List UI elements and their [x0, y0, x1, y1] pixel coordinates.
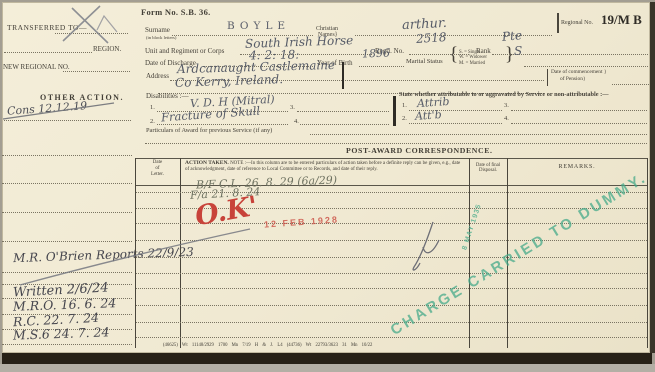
attributable-divider [393, 96, 396, 126]
attrib-3-line [511, 110, 647, 111]
region-label: REGION. [93, 46, 121, 53]
table-row-line [136, 257, 647, 258]
marital-status-line [524, 66, 648, 67]
disability-4-number: 4. [294, 119, 299, 126]
column-header-remarks: REMARKS. [507, 164, 647, 170]
post-award-title: POST-AWARD CORRESPONDENCE. [346, 147, 493, 155]
surname-sub-label: (in block letters) [146, 36, 176, 41]
address-value-2: Co Kerry, Ireland. [175, 73, 283, 89]
disability-2-number: 2. [150, 119, 155, 126]
scanned-pension-record-card: Form No. S.B. 36. Regional No. 19/M B TR… [0, 0, 655, 372]
table-row-line [136, 305, 647, 306]
column-header-date-of-letter: Date of Letter. [136, 160, 179, 178]
marital-option-single: S. = Single [459, 50, 480, 55]
card-bottom-shadow [2, 353, 652, 364]
disability-2-line [157, 124, 288, 125]
surname-value: BOYLE [227, 21, 290, 32]
unit-label: Unit and Regiment or Corps [145, 48, 224, 55]
attrib-1-number: 1. [402, 103, 407, 110]
form-number: Form No. S.B. 36. [141, 8, 211, 17]
transferred-to-label: TRANSFERRED TO— [7, 24, 87, 32]
regional-no-value: 19/M B [601, 13, 642, 27]
table-col-divider [469, 158, 470, 348]
year-of-birth-line [359, 66, 404, 67]
marital-option-widower: W. = Widower [459, 55, 487, 60]
table-top-border [135, 158, 648, 159]
table-right-border [647, 158, 648, 348]
rank-value: Pte [502, 29, 523, 43]
action-taken-title: ACTION TAKEN. [185, 160, 229, 166]
disabilities-label: Disabilities :— [146, 93, 189, 100]
region-line [4, 52, 92, 53]
marital-option-married: M. = Married [459, 61, 485, 66]
christian-names-line [355, 35, 552, 36]
disability-3-line [297, 111, 389, 112]
ink-tick-mark [342, 62, 344, 89]
column-header-action-taken: ACTION TAKEN. NOTE :—In this column are … [185, 161, 463, 173]
attrib-4-line [511, 123, 647, 124]
margin-ruled-line [2, 272, 132, 273]
full-width-line [145, 143, 647, 144]
particulars-label: Particulars of Award for previous Servic… [146, 128, 272, 135]
printer-imprint-line: (46625) Wt 11148/2929 1700 Mn 7/19 H & J… [163, 344, 372, 349]
attrib-2-value: Att'b [415, 109, 442, 122]
new-regional-no-line [63, 71, 130, 72]
table-left-border [135, 158, 136, 348]
attrib-2-number: 2. [402, 116, 407, 123]
handwritten-note: M.S.6 24. 7. 24 [13, 326, 110, 342]
other-action-line [4, 120, 131, 121]
table-row-line [136, 337, 647, 338]
attrib-1-value: Attrib [417, 96, 450, 109]
attrib-3-number: 3. [504, 103, 509, 110]
card-right-edge [650, 2, 655, 353]
pension-commencement-label-1: Date of commencement } [551, 70, 606, 76]
disability-3-number: 3. [290, 105, 295, 112]
disability-1-number: 1. [150, 105, 155, 112]
regional-no-label: Regional No. [561, 20, 593, 26]
attrib-2-line [409, 123, 502, 124]
marital-status-label: Marital Status [406, 59, 443, 66]
scan-background-strip [0, 364, 655, 372]
margin-ruled-line [2, 344, 132, 345]
margin-ruled-line [2, 155, 132, 156]
disability-4-line [300, 124, 389, 125]
address-label: Address [146, 73, 169, 80]
particulars-line [310, 134, 647, 135]
table-col-divider [180, 158, 181, 348]
marital-brace-open: { [449, 45, 458, 65]
table-row-line [136, 273, 647, 274]
attrib-4-number: 4. [504, 116, 509, 123]
new-regional-no-label: NEW REGIONAL NO. [3, 64, 70, 71]
transferred-to-line [55, 33, 128, 34]
year-of-birth-value: 1896 [362, 48, 390, 60]
table-row-line [136, 240, 647, 241]
surname-label: Surname [145, 27, 170, 34]
margin-ruled-line [2, 212, 132, 213]
marital-status-value: S [514, 45, 522, 57]
pension-line [612, 84, 649, 85]
regtl-no-value: 2518 [416, 31, 447, 45]
table-row-line [136, 288, 647, 289]
margin-ruled-line [2, 183, 132, 184]
regional-no-divider [557, 13, 559, 33]
pension-divider [547, 69, 548, 86]
column-header-final-disposal: Date of final Disposal. [470, 163, 507, 174]
marital-brace-close: } [505, 45, 514, 65]
margin-ruled-line [2, 241, 132, 242]
pension-commencement-label-2: of Pension} [560, 77, 586, 83]
